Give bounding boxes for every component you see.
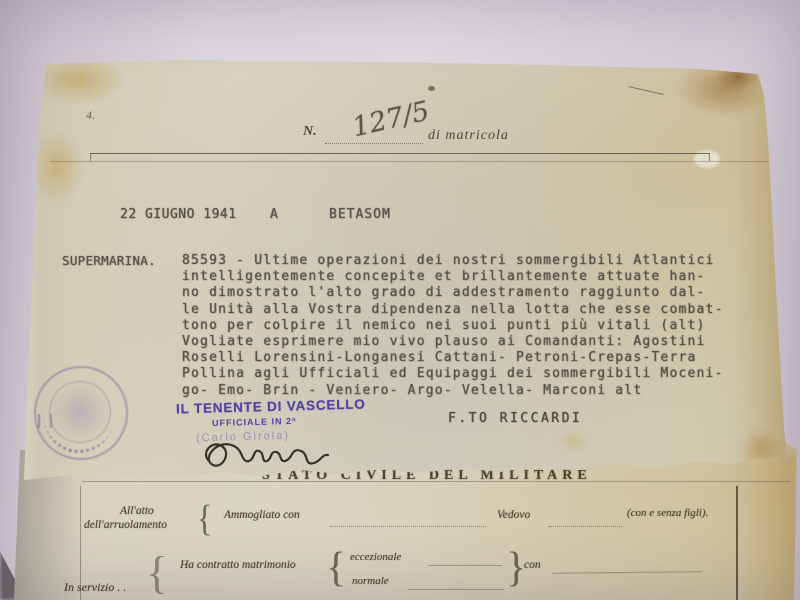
typewritten-line: Pollina agli Ufficiali ed Equipaggi dei … xyxy=(182,366,747,382)
typewritten-line: tono per colpire il nemico nei suoi punt… xyxy=(182,318,747,334)
marriage-option-normal: normale xyxy=(352,575,389,587)
typewritten-line: Roselli Lorensini-Longanesi Cattani- Pet… xyxy=(182,350,747,366)
widower-label: Vedovo xyxy=(497,509,530,521)
telegram-sender: SUPERMARINA. xyxy=(62,253,156,268)
stain xyxy=(428,86,435,91)
normal-blank-line xyxy=(408,589,504,590)
typewritten-line: le Unità alla Vostra dipendenza nella lo… xyxy=(182,302,747,318)
matricola-dotted-line xyxy=(325,143,423,144)
widower-blank-line xyxy=(548,526,622,527)
typewritten-line: no dimostrato l'alto grado di addestrame… xyxy=(182,285,747,301)
corner-mark: 4. xyxy=(86,108,95,123)
frame-rule-main xyxy=(90,153,710,161)
matricola-suffix-label: di matricola xyxy=(428,128,509,144)
marriage-label: Ha contratto matrimonio xyxy=(180,559,296,571)
form-rule-vertical-right xyxy=(736,486,738,600)
form-rule-horizontal xyxy=(82,481,790,482)
round-stamp-edge-marks xyxy=(38,414,52,428)
rank-stamp-line1: IL TENENTE DI VASCELLO xyxy=(176,397,366,417)
signature-stroke xyxy=(206,444,328,465)
scratch-mark xyxy=(628,86,663,95)
matricola-n-label: N. xyxy=(303,124,317,140)
round-ink-stamp-icon xyxy=(34,366,128,460)
married-with-blank-line xyxy=(330,526,486,527)
stain xyxy=(30,130,85,205)
enrollment-label-line1: All'atto xyxy=(120,505,154,517)
signed-name: F.TO RICCARDI xyxy=(448,411,582,426)
telegram-date: 22 GIUGNO 1941 xyxy=(120,207,237,222)
stain xyxy=(744,455,796,600)
marriage-open-brace: { xyxy=(326,544,346,592)
typewritten-line: intelligentemente concepite et brillante… xyxy=(182,269,747,285)
in-service-brace: { xyxy=(146,546,168,599)
in-service-label: In servizio . . xyxy=(64,580,126,595)
enrollment-brace: { xyxy=(197,497,212,540)
telegram-particle: A xyxy=(270,207,278,222)
marriage-with-label: con xyxy=(524,559,541,571)
telegram-destination: BETASOM xyxy=(329,207,391,222)
typewritten-line: 85593 - Ultime operazioni dei nostri som… xyxy=(182,253,747,269)
exceptional-blank-line xyxy=(428,565,502,566)
enrollment-label-line2: dell'arruolamento xyxy=(84,519,167,531)
telegram-body: 85593 - Ultime operazioni dei nostri som… xyxy=(182,253,747,399)
children-note: (con e senza figli). xyxy=(627,507,708,519)
married-with-label: Ammogliato con xyxy=(224,509,300,521)
stain xyxy=(30,55,125,105)
document-photo: STATO CIVILE DEL MILITARE All'atto dell'… xyxy=(0,0,800,600)
typewritten-line: Vogliate esprimere mio vivo plauso ai Co… xyxy=(182,334,747,350)
marriage-with-blank-line xyxy=(552,571,702,574)
handwritten-matricola-number: 127/5 xyxy=(350,96,433,144)
frame-rule-faint xyxy=(50,161,768,162)
marriage-option-exceptional: eccezionale xyxy=(350,551,401,563)
typewritten-line: go- Emo- Brin - Veniero- Argo- Velella- … xyxy=(182,383,747,399)
stain xyxy=(556,430,590,452)
